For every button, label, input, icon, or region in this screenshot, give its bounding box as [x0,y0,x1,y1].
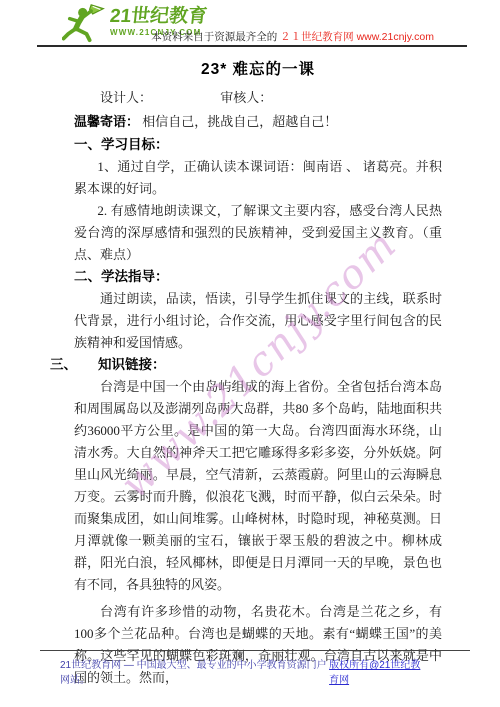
page-footer: 21世纪教育网 — 中国最大型、最专业的中小学教育资源门户网站。 版权所有@21… [40,650,470,686]
knowledge-link-label: 知识链接： [98,357,166,372]
designer-label: 设计人： [100,90,152,105]
motto-line: 温馨寄语： 相信自己，挑战自己，超越自己！ [74,112,442,132]
page-title: 23* 难忘的一课 [74,60,442,80]
runner-icon [62,3,108,45]
reviewer-label: 审核人： [220,90,272,105]
footer-copyright-link[interactable]: 版权所有@21世纪教育网 [329,656,430,686]
header-divider [37,45,467,47]
learning-goal-1: 1、通过自学，正确认读本课词语：闽南语 、 诸葛亮。并积累本课的好词。 [74,156,442,200]
brand-name: 21世纪教育 [109,7,208,26]
knowledge-link-number: 三、 [50,357,77,372]
section-heading-knowledge-link: 三、知识链接： [50,354,442,376]
designer-reviewer-line: 设计人： 审核人： [100,88,442,108]
tagline-site-link[interactable]: ２１世纪教育网 www.21cnjy.com [280,31,434,43]
study-method-paragraph: 通过朗读，品读，悟读，引导学生抓住课文的主线，联系时代背景，进行小组讨论，合作交… [74,288,442,354]
motto-label: 温馨寄语： [74,114,139,129]
site-header: 21世纪教育 WWW.21CNJY.COM 本资料来自于资源最齐全的 ２１世纪教… [0,0,500,47]
lesson-plan-body: 23* 难忘的一课 设计人： 审核人： 温馨寄语： 相信自己，挑战自己，超越自己… [0,60,500,689]
section-heading-learning-goals: 一、学习目标： [74,134,442,156]
knowledge-paragraph-1: 台湾是中国一个由岛屿组成的海上省份。全省包括台湾本岛和周围属岛以及澎湖列岛两大岛… [74,376,442,596]
motto-text: 相信自己，挑战自己，超越自己！ [142,114,337,129]
section-heading-study-method: 二、学法指导： [74,266,442,288]
header-tagline: 本资料来自于资源最齐全的 ２１世纪教育网 www.21cnjy.com [151,29,434,44]
tagline-prefix: 本资料来自于资源最齐全的 [151,31,277,43]
footer-site-description: 21世纪教育网 — 中国最大型、最专业的中小学教育资源门户网站。 [60,656,329,686]
document-page: 21世纪教育 WWW.21CNJY.COM 本资料来自于资源最齐全的 ２１世纪教… [0,0,500,707]
learning-goal-2: 2. 有感情地朗读课文，了解课文主要内容，感受台湾人民热爱台湾的深厚感情和强烈的… [74,200,442,266]
footer-text-line: 21世纪教育网 — 中国最大型、最专业的中小学教育资源门户网站。 版权所有@21… [40,651,470,686]
